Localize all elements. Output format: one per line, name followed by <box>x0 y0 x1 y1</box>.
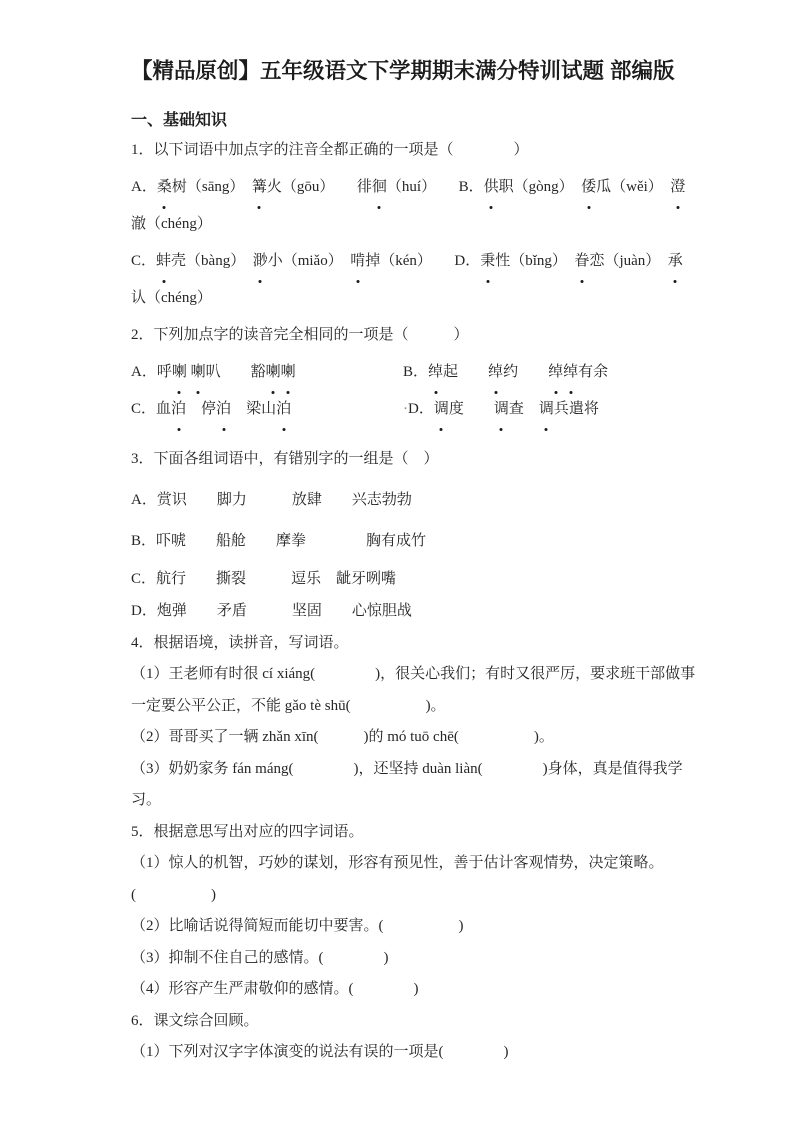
dotted-char: 绰 <box>548 354 563 391</box>
text-run: 性（bǐng） <box>495 253 574 269</box>
dotted-char: 喇 <box>281 354 296 391</box>
q1-options-ab-wrap: 澈（chéng） <box>131 206 665 243</box>
q2-options-cd: C．血泊 停泊 梁山泊·D．调度 调查 调兵遣将 <box>131 391 665 428</box>
q5-item2: （2）比喻话说得简短而能切中要害。( ) <box>131 911 665 943</box>
text-run: 职（gòng） <box>499 179 582 195</box>
q6-item1: （1）下列对汉字字体演变的说法有误的一项是( ) <box>131 1037 665 1069</box>
text-run: 1．以下词语中加点字的注音全都正确的一项是（ ） <box>131 142 529 158</box>
dotted-char: 喇 <box>191 354 206 391</box>
text-run: C．航行 撕裂 逗乐 龇牙咧嘴 <box>131 571 396 587</box>
text-run: （2）比喻话说得简短而能切中要害。( ) <box>131 918 464 934</box>
text-run: A． <box>131 179 157 195</box>
dotted-char: 眷 <box>574 243 589 280</box>
q3-option-b: B．吓唬 船舱 摩拳 胸有成竹 <box>131 521 665 562</box>
q4-item2: （2）哥哥买了一辆 zhǎn xīn( )的 mó tuō chē( )。 <box>131 722 665 754</box>
option-col-left: A．呼喇 喇叭 豁喇喇 <box>131 354 403 391</box>
q4-item1-line1: （1）王老师有时很 cí xiáng( )，很关心我们；有时又很严厉，要求班干部… <box>131 659 665 691</box>
q3-option-c: C．航行 撕裂 逗乐 龇牙咧嘴 <box>131 562 665 596</box>
q4-item1-line2: 一定要公平公正，不能 gǎo tè shū( )。 <box>131 691 665 723</box>
text-run: （huí） B． <box>387 179 484 195</box>
dotted-char: 徊 <box>372 169 387 206</box>
text-run: 梁山 <box>231 401 276 417</box>
text-run: 度 <box>449 401 494 417</box>
text-run: 习。 <box>131 792 161 808</box>
text-run: 有余 <box>578 364 608 380</box>
text-run: C．血 <box>131 401 171 417</box>
text-run: D． <box>408 401 434 417</box>
text-run: 树（sāng） <box>172 179 252 195</box>
text-run: B． <box>403 364 428 380</box>
q5-item3: （3）抑制不住自己的感情。( ) <box>131 943 665 975</box>
q4-item3-line1: （3）奶奶家务 fán máng( )，还坚持 duàn liàn( )身体，真… <box>131 754 665 786</box>
dotted-char: 澄 <box>670 169 685 206</box>
dotted-char: 桑 <box>157 169 172 206</box>
dotted-char: 绰 <box>488 354 503 391</box>
text-run: 一定要公平公正，不能 gǎo tè shū( )。 <box>131 698 446 714</box>
q6-stem: 6．课文综合回顾。 <box>131 1006 665 1038</box>
text-run: （4）形容产生严肃敬仰的感情。( ) <box>131 981 419 997</box>
text-run: （1）王老师有时很 cí xiáng( )，很关心我们；有时又很严厉，要求班干部… <box>131 666 695 682</box>
dotted-char: 泊 <box>276 391 291 428</box>
text-run: C． <box>131 253 156 269</box>
dotted-char: 供 <box>484 169 499 206</box>
text-run: （1）下列对汉字字体演变的说法有误的一项是( ) <box>131 1044 509 1060</box>
text-run: 小（miǎo） <box>268 253 351 269</box>
q2-stem: 2．下列加点字的读音完全相同的一项是（ ） <box>131 317 665 354</box>
q4-stem: 4．根据语境，读拼音，写词语。 <box>131 628 665 660</box>
q1-options-cd-wrap: 认（chéng） <box>131 280 665 317</box>
text-run: （1）惊人的机智，巧妙的谋划，形容有预见性，善于估计客观情势，决定策略。 <box>131 855 664 871</box>
text-run: （3）抑制不住自己的感情。( ) <box>131 950 389 966</box>
text-run: 停 <box>186 401 216 417</box>
dotted-char: 倭 <box>581 169 596 206</box>
text-run: 壳（bàng） <box>171 253 253 269</box>
dotted-char: 调 <box>434 391 449 428</box>
dotted-char: 绰 <box>428 354 443 391</box>
text-run: 澈（chéng） <box>131 216 212 232</box>
q5-item1-line2: ( ) <box>131 880 665 912</box>
text-run: 叭 豁 <box>206 364 266 380</box>
document-lines: 1．以下词语中加点字的注音全都正确的一项是（ ）A．桑树（sāng） 篝火（gō… <box>131 132 665 1069</box>
dotted-char: 渺 <box>253 243 268 280</box>
q1-options-ab: A．桑树（sāng） 篝火（gōu） 徘徊（huí） B．供职（gòng） 倭瓜… <box>131 169 665 206</box>
dotted-char: 绰 <box>563 354 578 391</box>
q3-stem: 3．下面各组词语中，有错别字的一组是（ ） <box>131 439 665 480</box>
document-page: 【精品原创】五年级语文下学期期末满分特训试题 部编版 一、基础知识 1．以下词语… <box>0 0 793 1122</box>
q1-stem: 1．以下词语中加点字的注音全都正确的一项是（ ） <box>131 132 665 169</box>
text-run: 2．下列加点字的读音完全相同的一项是（ ） <box>131 327 469 343</box>
text-run: 4．根据语境，读拼音，写词语。 <box>131 635 349 651</box>
text-run: 恋（juàn） <box>589 253 667 269</box>
text-run: A．赏识 脚力 放肆 兴志勃勃 <box>131 492 412 508</box>
option-col-right: ·D．调度 调查 调兵遣将 <box>403 391 599 428</box>
q4-item3-line2: 习。 <box>131 785 665 817</box>
dotted-char: 调 <box>494 391 509 428</box>
page-title: 【精品原创】五年级语文下学期期末满分特训试题 部编版 <box>131 56 665 86</box>
text-run: 查 <box>509 401 539 417</box>
dotted-char: 调 <box>539 391 554 428</box>
text-run: 约 <box>503 364 548 380</box>
dotted-char: 泊 <box>216 391 231 428</box>
text-run: （2）哥哥买了一辆 zhǎn xīn( )的 mó tuō chē( )。 <box>131 729 554 745</box>
q2-options-ab: A．呼喇 喇叭 豁喇喇B．绰起 绰约 绰绰有余 <box>131 354 665 391</box>
text-run: A．呼 <box>131 364 172 380</box>
text-run: （3）奶奶家务 fán máng( )，还坚持 duàn liàn( )身体，真… <box>131 761 683 777</box>
text-run: 3．下面各组词语中，有错别字的一组是（ ） <box>131 451 439 467</box>
dotted-char: 喇 <box>172 354 187 391</box>
dotted-char: 秉 <box>480 243 495 280</box>
text-run: D．炮弹 矛盾 坚固 心惊胆战 <box>131 603 412 619</box>
option-col-left: C．血泊 停泊 梁山泊 <box>131 391 403 428</box>
section-heading: 一、基础知识 <box>131 110 665 132</box>
text-run: 起 <box>443 364 488 380</box>
dotted-char: 泊 <box>171 391 186 428</box>
dotted-char: 蚌 <box>156 243 171 280</box>
dotted-char: 喇 <box>266 354 281 391</box>
text-run: 兵遣将 <box>554 401 599 417</box>
text-run: 火（gōu） 徘 <box>267 179 372 195</box>
dotted-char: 啃 <box>350 243 365 280</box>
text-run: 瓜（wěi） <box>596 179 670 195</box>
q1-options-cd: C．蚌壳（bàng） 渺小（miǎo） 啃掉（kén） D．秉性（bǐng） 眷… <box>131 243 665 280</box>
option-col-right: B．绰起 绰约 绰绰有余 <box>403 354 608 391</box>
text-run: 认（chéng） <box>131 290 212 306</box>
text-run: 6．课文综合回顾。 <box>131 1013 259 1029</box>
dotted-char: 篝 <box>252 169 267 206</box>
document-content: 【精品原创】五年级语文下学期期末满分特训试题 部编版 一、基础知识 1．以下词语… <box>0 0 793 1069</box>
text-run: ( ) <box>131 887 216 903</box>
q5-item1-line1: （1）惊人的机智，巧妙的谋划，形容有预见性，善于估计客观情势，决定策略。 <box>131 848 665 880</box>
q3-option-a: A．赏识 脚力 放肆 兴志勃勃 <box>131 480 665 521</box>
dotted-char: 承 <box>668 243 683 280</box>
text-run: 5．根据意思写出对应的四字词语。 <box>131 824 364 840</box>
q5-item4: （4）形容产生严肃敬仰的感情。( ) <box>131 974 665 1006</box>
text-run: 掉（kén） D． <box>365 253 480 269</box>
text-run: B．吓唬 船舱 摩拳 胸有成竹 <box>131 533 426 549</box>
q3-option-d: D．炮弹 矛盾 坚固 心惊胆战 <box>131 596 665 628</box>
q5-stem: 5．根据意思写出对应的四字词语。 <box>131 817 665 849</box>
